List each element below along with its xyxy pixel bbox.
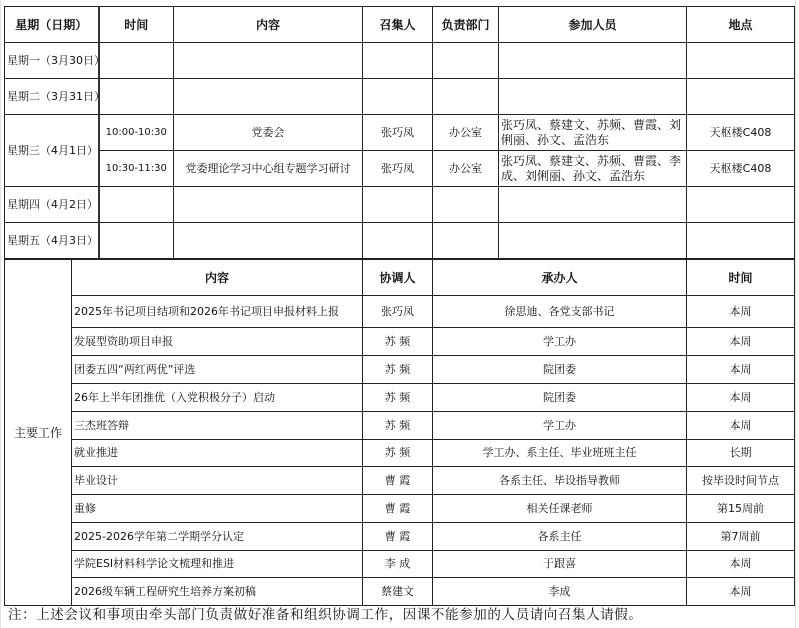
meeting-convener: 张巧凤 — [363, 151, 433, 187]
main-work-table: 主要工作 内容 协调人 承办人 时间 2025年书记项目结项和2026年书记项目… — [4, 259, 795, 606]
task-time: 第15周前 — [687, 495, 795, 523]
empty-cell — [499, 187, 687, 223]
task-time: 本周 — [687, 296, 795, 328]
empty-cell — [99, 79, 174, 115]
table-row: 26年上半年团推优（入党积极分子）启动 苏 频 院团委 本周 — [5, 384, 795, 412]
header-dept: 负责部门 — [433, 7, 499, 43]
meeting-dept: 办公室 — [433, 151, 499, 187]
task-content: 重修 — [72, 495, 363, 523]
task-time: 本周 — [687, 551, 795, 578]
header-content: 内容 — [72, 260, 363, 296]
empty-cell — [499, 79, 687, 115]
table-row: 发展型资助项目申报 苏 频 学工办 本周 — [5, 328, 795, 356]
empty-cell — [687, 223, 795, 259]
task-coordinator: 苏 频 — [363, 412, 433, 440]
meeting-attendees: 张巧凤、蔡建文、苏频、曹霞、李成、刘俐丽、孙文、孟浩东 — [499, 151, 687, 187]
meeting-content: 党委会 — [174, 115, 363, 151]
day-row-friday: 星期五（4月3日） — [5, 223, 795, 259]
task-content: 2025-2026学年第二学期学分认定 — [72, 523, 363, 551]
task-time: 本周 — [687, 356, 795, 384]
day-row-tuesday: 星期二（3月31日） — [5, 79, 795, 115]
empty-cell — [363, 223, 433, 259]
task-coordinator: 苏 频 — [363, 384, 433, 412]
task-time: 长期 — [687, 440, 795, 467]
meeting-attendees: 张巧凤、蔡建文、苏频、曹霞、刘俐丽、孙文、孟浩东 — [499, 115, 687, 151]
table-row: 学院ESI材料科学论文梳理和推进 李 成 于跟喜 本周 — [5, 551, 795, 578]
task-time: 本周 — [687, 384, 795, 412]
task-time: 本周 — [687, 412, 795, 440]
empty-cell — [687, 187, 795, 223]
task-content: 发展型资助项目申报 — [72, 328, 363, 356]
empty-cell — [99, 43, 174, 79]
task-content: 2025年书记项目结项和2026年书记项目申报材料上报 — [72, 296, 363, 328]
day-label: 星期五（4月3日） — [5, 223, 99, 259]
task-handler: 学工办 — [433, 328, 687, 356]
task-coordinator: 曹 霞 — [363, 495, 433, 523]
task-coordinator: 苏 频 — [363, 356, 433, 384]
empty-cell — [174, 43, 363, 79]
task-time: 按毕设时间节点 — [687, 467, 795, 495]
empty-cell — [174, 187, 363, 223]
meeting-row: 10:30-11:30 党委理论学习中心组专题学习研讨 张巧凤 办公室 张巧凤、… — [5, 151, 795, 187]
task-coordinator: 曹 霞 — [363, 467, 433, 495]
task-handler: 学工办、系主任、毕业班班主任 — [433, 440, 687, 467]
task-handler: 院团委 — [433, 356, 687, 384]
task-content: 2026级车辆工程研究生培养方案初稿 — [72, 578, 363, 606]
task-time: 本周 — [687, 328, 795, 356]
header-handler: 承办人 — [433, 260, 687, 296]
task-content: 三杰班答辩 — [72, 412, 363, 440]
header-location: 地点 — [687, 7, 795, 43]
table-row: 2026级车辆工程研究生培养方案初稿 蔡建文 李成 本周 — [5, 578, 795, 606]
meeting-time: 10:00-10:30 — [99, 115, 174, 151]
table-row: 毕业设计 曹 霞 各系主任、毕设指导教师 按毕设时间节点 — [5, 467, 795, 495]
table-row: 2025年书记项目结项和2026年书记项目申报材料上报 张巧凤 徐思迪、各党支部… — [5, 296, 795, 328]
task-handler: 各系主任 — [433, 523, 687, 551]
day-row-monday: 星期一（3月30日） — [5, 43, 795, 79]
meeting-row: 星期三（4月1日） 10:00-10:30 党委会 张巧凤 办公室 张巧凤、蔡建… — [5, 115, 795, 151]
task-coordinator: 蔡建文 — [363, 578, 433, 606]
meeting-location: 天枢楼C408 — [687, 115, 795, 151]
day-label: 星期二（3月31日） — [5, 79, 99, 115]
task-time: 第7周前 — [687, 523, 795, 551]
header-day: 星期（日期） — [5, 7, 99, 43]
main-work-section-label: 主要工作 — [5, 260, 72, 606]
table-row: 2025-2026学年第二学期学分认定 曹 霞 各系主任 第7周前 — [5, 523, 795, 551]
task-coordinator: 李 成 — [363, 551, 433, 578]
task-handler: 于跟喜 — [433, 551, 687, 578]
task-handler: 院团委 — [433, 384, 687, 412]
table-row: 团委五四“两红两优”评选 苏 频 院团委 本周 — [5, 356, 795, 384]
task-coordinator: 苏 频 — [363, 440, 433, 467]
table-row: 三杰班答辩 苏 频 学工办 本周 — [5, 412, 795, 440]
empty-cell — [174, 79, 363, 115]
task-content: 毕业设计 — [72, 467, 363, 495]
task-handler: 学工办 — [433, 412, 687, 440]
header-content: 内容 — [174, 7, 363, 43]
task-handler: 各系主任、毕设指导教师 — [433, 467, 687, 495]
footnote: 注：上述会议和事项由牵头部门负责做好准备和组织协调工作，因课不能参加的人员请向召… — [8, 604, 643, 626]
main-work-header-row: 主要工作 内容 协调人 承办人 时间 — [5, 260, 795, 296]
empty-cell — [363, 79, 433, 115]
task-coordinator: 张巧凤 — [363, 296, 433, 328]
header-time: 时间 — [687, 260, 795, 296]
meeting-dept: 办公室 — [433, 115, 499, 151]
day-label: 星期四（4月2日） — [5, 187, 99, 223]
empty-cell — [99, 187, 174, 223]
day-label: 星期一（3月30日） — [5, 43, 99, 79]
empty-cell — [433, 43, 499, 79]
table-row: 就业推进 苏 频 学工办、系主任、毕业班班主任 长期 — [5, 440, 795, 467]
empty-cell — [687, 43, 795, 79]
empty-cell — [99, 223, 174, 259]
day-row-thursday: 星期四（4月2日） — [5, 187, 795, 223]
day-label: 星期三（4月1日） — [5, 115, 99, 187]
task-handler: 相关任课老师 — [433, 495, 687, 523]
weekly-schedule-table: 星期（日期） 时间 内容 召集人 负责部门 参加人员 地点 星期一（3月30日）… — [4, 6, 795, 259]
empty-cell — [433, 79, 499, 115]
task-content: 学院ESI材料科学论文梳理和推进 — [72, 551, 363, 578]
schedule-header-row: 星期（日期） 时间 内容 召集人 负责部门 参加人员 地点 — [5, 7, 795, 43]
empty-cell — [174, 223, 363, 259]
table-row: 重修 曹 霞 相关任课老师 第15周前 — [5, 495, 795, 523]
header-attendees: 参加人员 — [499, 7, 687, 43]
task-time: 本周 — [687, 578, 795, 606]
empty-cell — [499, 43, 687, 79]
header-time: 时间 — [99, 7, 174, 43]
task-handler: 李成 — [433, 578, 687, 606]
task-content: 就业推进 — [72, 440, 363, 467]
empty-cell — [363, 43, 433, 79]
task-coordinator: 曹 霞 — [363, 523, 433, 551]
empty-cell — [687, 79, 795, 115]
meeting-time: 10:30-11:30 — [99, 151, 174, 187]
task-content: 团委五四“两红两优”评选 — [72, 356, 363, 384]
task-handler: 徐思迪、各党支部书记 — [433, 296, 687, 328]
task-content: 26年上半年团推优（入党积极分子）启动 — [72, 384, 363, 412]
empty-cell — [433, 223, 499, 259]
header-coordinator: 协调人 — [363, 260, 433, 296]
empty-cell — [363, 187, 433, 223]
empty-cell — [433, 187, 499, 223]
meeting-location: 天枢楼C408 — [687, 151, 795, 187]
empty-cell — [499, 223, 687, 259]
meeting-content: 党委理论学习中心组专题学习研讨 — [174, 151, 363, 187]
meeting-convener: 张巧凤 — [363, 115, 433, 151]
header-convener: 召集人 — [363, 7, 433, 43]
task-coordinator: 苏 频 — [363, 328, 433, 356]
